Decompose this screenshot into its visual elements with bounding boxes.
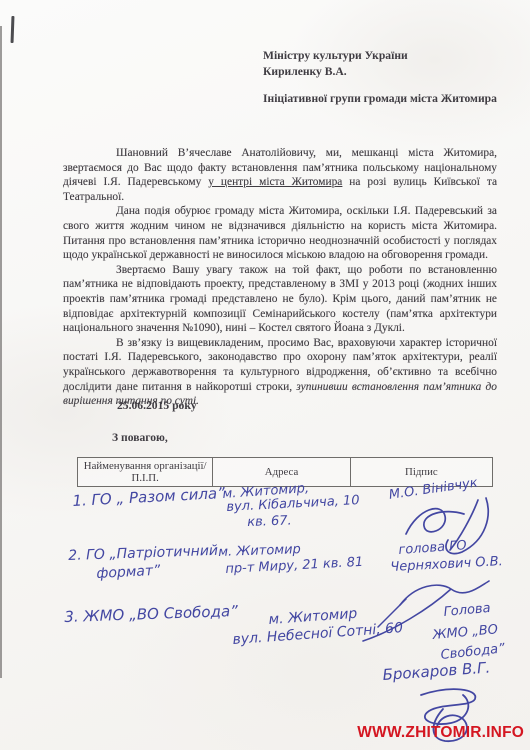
table-col-organization: Найменування організації/ П.І.П. xyxy=(78,458,213,486)
col-organization-line1: Найменування організації/ xyxy=(84,460,207,473)
col-organization-line2: П.І.П. xyxy=(132,472,159,485)
row1-organization: 1. ГО „ Разом сила” xyxy=(72,484,225,510)
scan-edge-artifact xyxy=(0,26,2,678)
letter-closing: З повагою, xyxy=(112,431,168,444)
recipient-title: Міністру культури України xyxy=(263,48,497,64)
site-watermark: WWW.ZHITOMIR.INFO xyxy=(357,724,524,742)
sender-line: Ініціативної групи громади міста Житомир… xyxy=(263,91,497,107)
letter-body: Шановний В’ячеславе Анатолійовичу, ми, м… xyxy=(63,146,497,409)
row3-signer-name: Брокаров В.Г. xyxy=(382,658,491,683)
paragraph-4: В зв’язку із вищевикладеним, просимо Вас… xyxy=(63,336,497,409)
p1-underlined-text: у центрі міста Житомира xyxy=(208,176,342,188)
row2-organization-line2: формат” xyxy=(96,563,161,582)
paragraph-3: Звертаємо Вашу увагу також на той факт, … xyxy=(63,263,497,336)
recipient-name: Кириленку В.А. xyxy=(263,64,497,80)
paragraph-2: Дана подія обурює громаду міста Житомира… xyxy=(63,204,497,262)
row3-slash-mark xyxy=(374,596,410,630)
row3-organization: 3. ЖМО „ВО Свобода” xyxy=(64,602,238,626)
pen-mark-artifact xyxy=(11,16,15,43)
paragraph-1: Шановний В’ячеславе Анатолійовичу, ми, м… xyxy=(63,146,497,204)
letter-header: Міністру культури України Кириленку В.А.… xyxy=(263,48,497,107)
row1-address-line3: кв. 67. xyxy=(247,513,292,530)
letter-date: 25.06.2015 року xyxy=(117,399,197,412)
row2-organization-line1: 2. ГО „Патріотичний xyxy=(68,543,218,564)
row2-address-line1: м. Житомир xyxy=(218,542,301,560)
scanned-letter-page: Міністру культури України Кириленку В.А.… xyxy=(0,0,530,750)
